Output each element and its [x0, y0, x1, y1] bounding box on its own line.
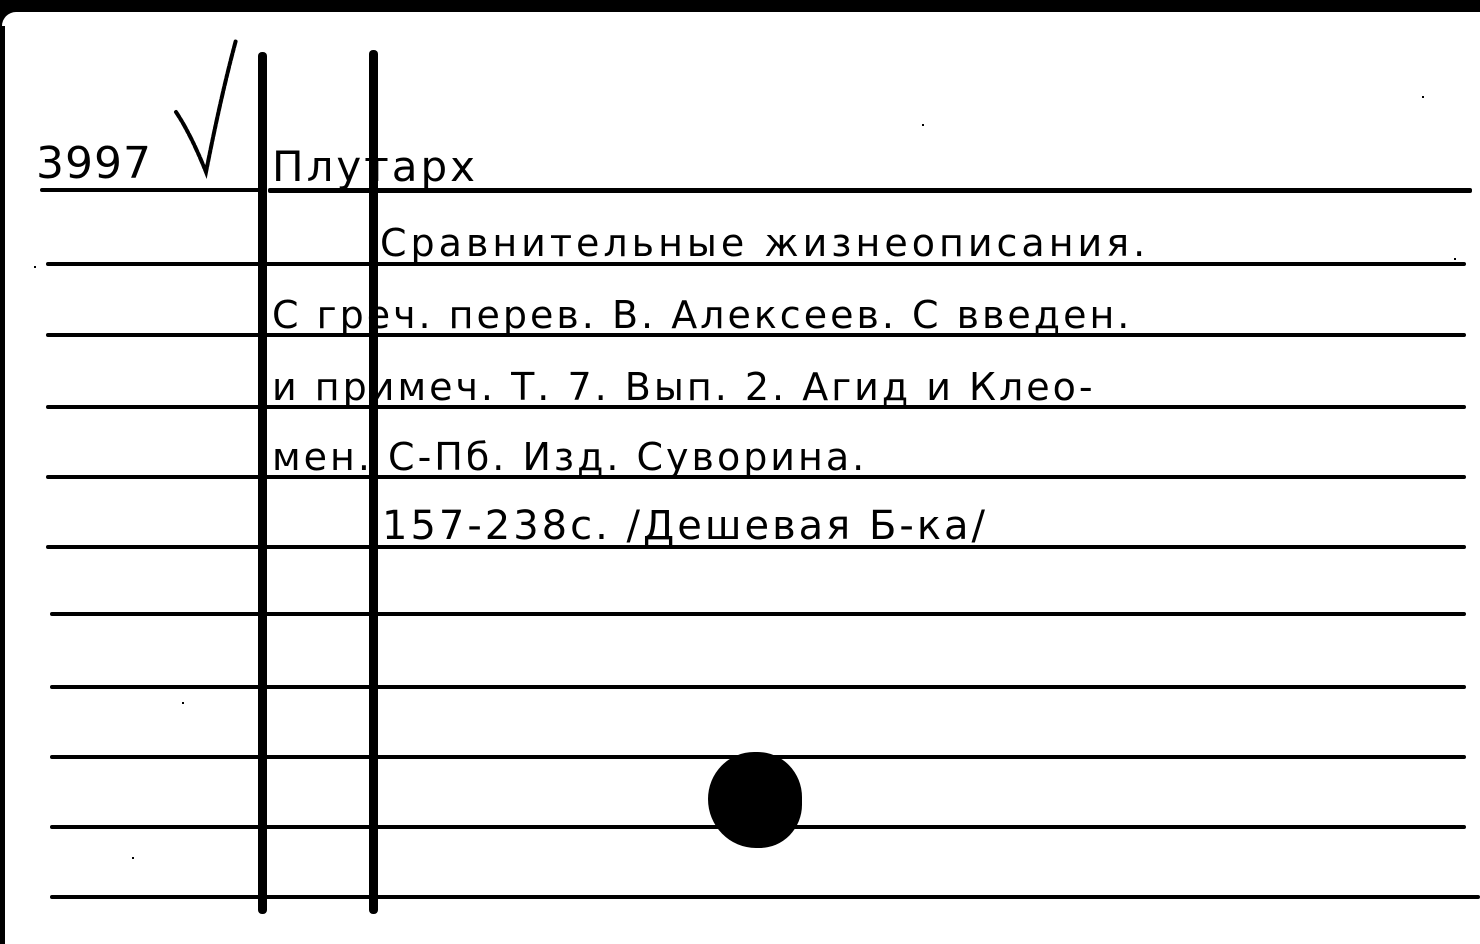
- author-heading: Плутарх: [272, 146, 478, 188]
- scan-speck: [132, 857, 134, 859]
- scan-speck: [182, 702, 184, 704]
- scan-speck: [1422, 96, 1424, 98]
- punch-hole: [708, 752, 802, 848]
- scan-speck: [34, 266, 36, 268]
- card-left-edge: [2, 26, 5, 944]
- translation-line: С греч. перев. В. Алексеев. С введен.: [272, 296, 1132, 334]
- volume-line: и примеч. Т. 7. Вып. 2. Агид и Клео-: [272, 368, 1096, 406]
- title-line: Сравнительные жизнеописания.: [380, 224, 1149, 262]
- pages-series-line: 157-238с. /Дешевая Б-ка/: [382, 506, 988, 546]
- scan-speck: [1454, 258, 1456, 260]
- check-icon: [172, 32, 242, 182]
- catalog-card: 3997 Плутарх Сравнительные жизнеописания…: [2, 12, 1480, 944]
- scan-speck: [922, 124, 924, 126]
- call-number: 3997: [36, 142, 152, 186]
- publisher-line: мен. С-Пб. Изд. Суворина.: [272, 438, 867, 476]
- margin-line-left: [258, 52, 267, 914]
